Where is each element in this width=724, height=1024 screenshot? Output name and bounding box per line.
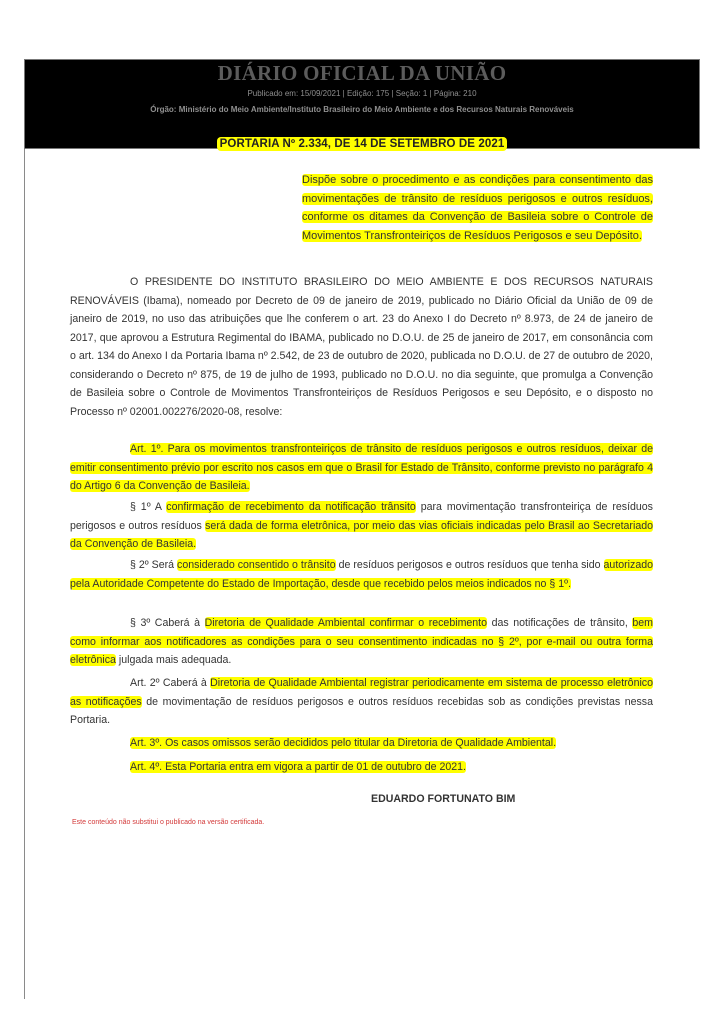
- article-3: Art. 3º. Os casos omissos serão decidido…: [70, 734, 653, 753]
- paragraph-3-block: § 3º Caberá à Diretoria de Qualidade Amb…: [70, 614, 653, 670]
- article-2-c: de movimentação de resíduos perigosos e …: [70, 696, 653, 727]
- article-4-block: Art. 4º. Esta Portaria entra em vigora a…: [70, 758, 653, 777]
- preamble-block: O PRESIDENTE DO INSTITUTO BRASILEIRO DO …: [70, 273, 653, 421]
- publication-meta: Publicado em: 15/09/2021 | Edição: 175 |…: [25, 88, 699, 99]
- signature: EDUARDO FORTUNATO BIM: [371, 793, 515, 805]
- publishing-organ: Órgão: Ministério do Meio Ambiente/Insti…: [25, 104, 699, 115]
- paragraph-2-a: § 2º Será: [130, 559, 177, 571]
- paragraph-1-block: § 1º A confirmação de recebimento da not…: [70, 498, 653, 554]
- article-1-block: Art. 1º. Para os movimentos transfrontei…: [70, 440, 653, 496]
- paragraph-2-b: considerado consentido o trânsito: [177, 559, 336, 571]
- paragraph-3-c: das notificações de trânsito,: [487, 617, 632, 629]
- article-2-block: Art. 2º Caberá à Diretoria de Qualidade …: [70, 674, 653, 730]
- paragraph-2-block: § 2º Será considerado consentido o trâns…: [70, 556, 653, 593]
- paragraph-1-b: confirmação de recebimento da notificaçã…: [166, 501, 416, 513]
- paragraph-2-c: de resíduos perigosos e outros resíduos …: [336, 559, 604, 571]
- paragraph-1: § 1º A confirmação de recebimento da not…: [70, 498, 653, 554]
- ementa: Dispõe sobre o procedimento e as condiçõ…: [302, 171, 653, 245]
- article-3-block: Art. 3º. Os casos omissos serão decidido…: [70, 734, 653, 753]
- article-3-text: Art. 3º. Os casos omissos serão decidido…: [130, 737, 556, 749]
- article-4-text: Art. 4º. Esta Portaria entra em vigora a…: [130, 761, 466, 773]
- document-heading-wrap: PORTARIA Nº 2.334, DE 14 DE SETEMBRO DE …: [0, 134, 724, 152]
- page-margin-rule: [24, 59, 25, 999]
- article-2-a: Art. 2º Caberá à: [130, 677, 210, 689]
- article-1: Art. 1º. Para os movimentos transfrontei…: [70, 440, 653, 496]
- paragraph-3-a: § 3º Caberá à: [130, 617, 205, 629]
- disclaimer: Este conteúdo não substitui o publicado …: [72, 819, 264, 826]
- article-4: Art. 4º. Esta Portaria entra em vigora a…: [70, 758, 653, 777]
- paragraph-2: § 2º Será considerado consentido o trâns…: [70, 556, 653, 593]
- ementa-text: Dispõe sobre o procedimento e as condiçõ…: [302, 174, 653, 242]
- publication-title: DIÁRIO OFICIAL DA UNIÃO: [25, 61, 699, 85]
- paragraph-1-a: § 1º A: [130, 501, 166, 513]
- article-2: Art. 2º Caberá à Diretoria de Qualidade …: [70, 674, 653, 730]
- paragraph-3-e: julgada mais adequada.: [116, 654, 231, 666]
- preamble: O PRESIDENTE DO INSTITUTO BRASILEIRO DO …: [70, 273, 653, 421]
- paragraph-3-b: Diretoria de Qualidade Ambiental confirm…: [205, 617, 487, 629]
- paragraph-3: § 3º Caberá à Diretoria de Qualidade Amb…: [70, 614, 653, 670]
- document-heading: PORTARIA Nº 2.334, DE 14 DE SETEMBRO DE …: [217, 137, 508, 151]
- article-1-text: Art. 1º. Para os movimentos transfrontei…: [70, 443, 653, 492]
